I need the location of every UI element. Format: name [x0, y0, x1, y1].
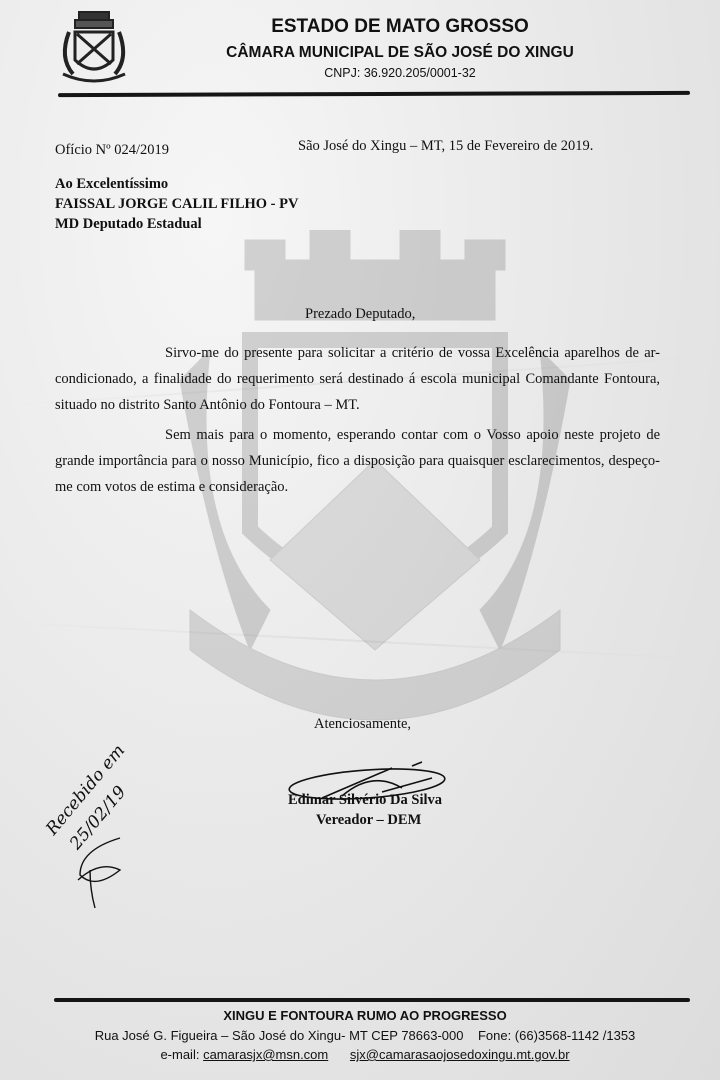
place-date: São José do Xingu – MT, 15 de Fevereiro … [298, 138, 593, 155]
recipient-title: MD Deputado Estadual [55, 216, 202, 233]
recipient-line1: Ao Excelentíssimo [55, 176, 168, 193]
footer-divider [54, 998, 690, 1002]
letter-page: ESTADO DE MATO GROSSO CÂMARA MUNICIPAL D… [0, 0, 720, 1080]
header-divider [58, 91, 690, 97]
salutation: Prezado Deputado, [305, 306, 415, 323]
paragraph-text: Sirvo-me do presente para solicitar a cr… [55, 340, 660, 418]
municipal-crest-icon [55, 8, 133, 90]
footer-motto: XINGU E FONTOURA RUMO AO PROGRESSO [40, 1008, 690, 1023]
recipient-name: FAISSAL JORGE CALIL FILHO - PV [55, 196, 298, 213]
footer-email-label: e-mail: [160, 1047, 199, 1062]
signer-name: Edimar Silvério Da Silva [288, 792, 442, 809]
footer-address: Rua José G. Figueira – São José do Xingu… [95, 1028, 464, 1043]
footer-email-2[interactable]: sjx@camarasaojosedoxingu.mt.gov.br [350, 1047, 570, 1062]
signer-title: Vereador – DEM [316, 812, 421, 829]
paragraph-text: Sem mais para o momento, esperando conta… [55, 422, 660, 500]
handwritten-initials-icon [70, 830, 130, 910]
body-paragraph-1: Sirvo-me do presente para solicitar a cr… [55, 340, 660, 418]
letterhead-cnpj: CNPJ: 36.920.205/0001-32 [140, 66, 660, 80]
office-number: Ofício Nº 024/2019 [55, 142, 169, 159]
letterhead-chamber: CÂMARA MUNICIPAL DE SÃO JOSÉ DO XINGU [140, 44, 660, 62]
body-paragraph-2: Sem mais para o momento, esperando conta… [55, 422, 660, 500]
letterhead-state: ESTADO DE MATO GROSSO [140, 16, 660, 38]
footer-email-1[interactable]: camarasjx@msn.com [203, 1047, 328, 1062]
footer-contact: Rua José G. Figueira – São José do Xingu… [40, 1028, 690, 1043]
footer-phone: Fone: (66)3568-1142 /1353 [478, 1028, 635, 1043]
footer-emails: e-mail: camarasjx@msn.com sjx@camarasaoj… [40, 1047, 690, 1062]
closing: Atenciosamente, [314, 716, 411, 733]
